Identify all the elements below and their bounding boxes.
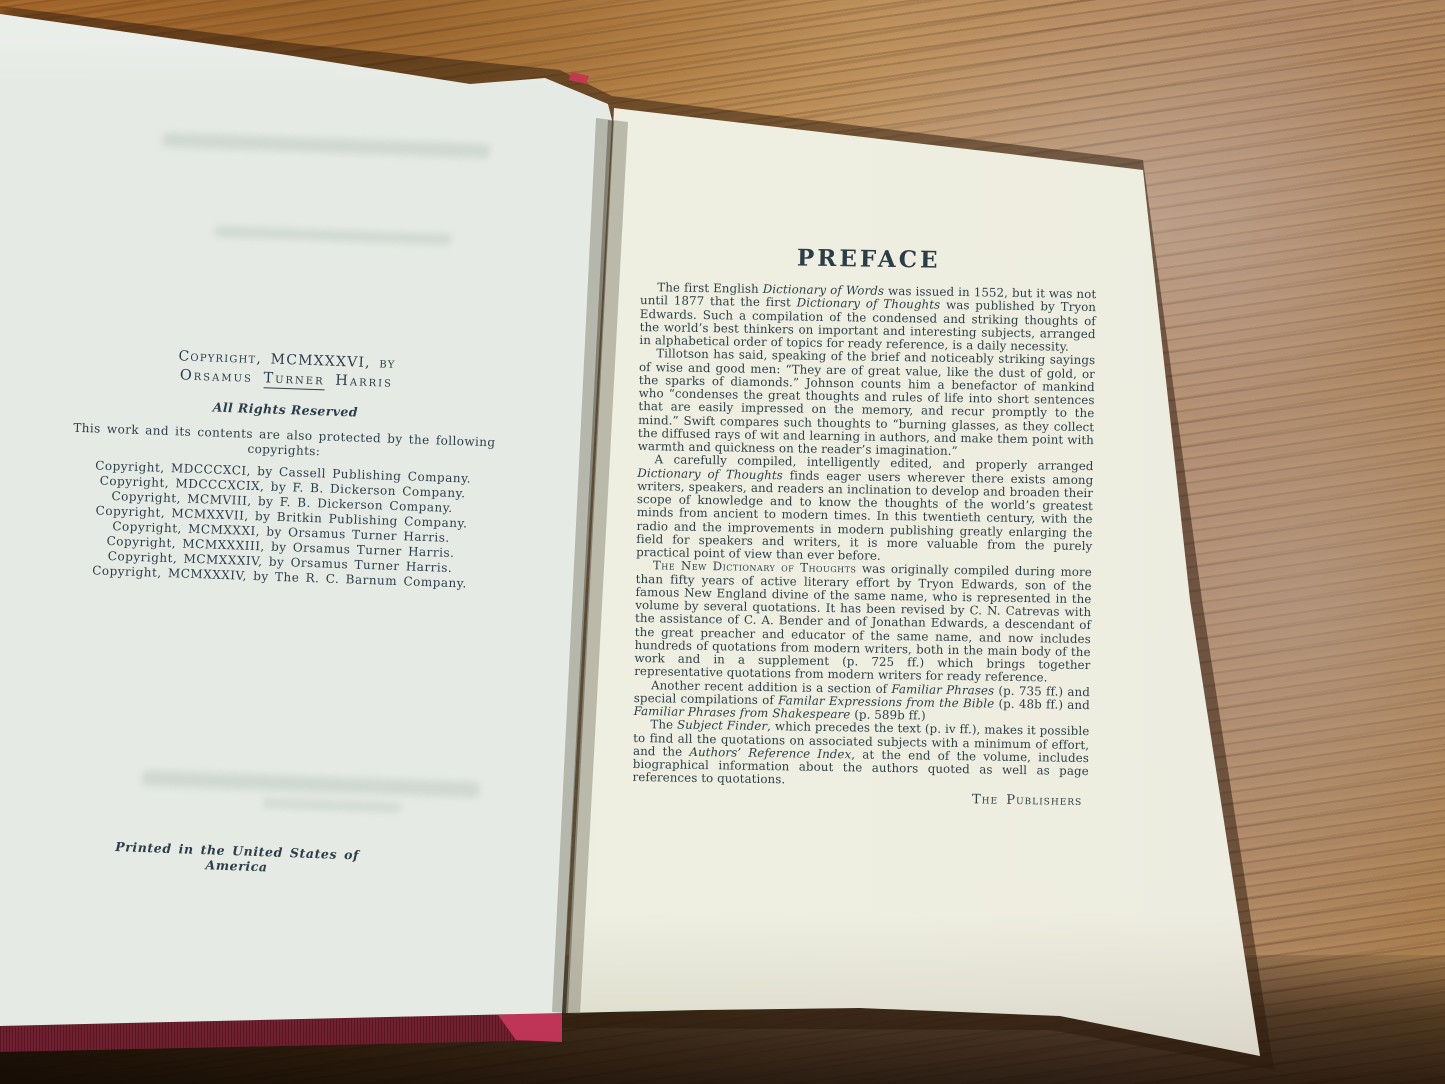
preface-block: PREFACE The first English Dictionary of … (632, 242, 1097, 809)
photo-scene: Copyright, MCMXXXVI, by Orsamus Turner H… (0, 0, 1445, 1084)
preface-paragraph: The Subject Finder, which precedes the t… (632, 718, 1089, 791)
preface-paragraph: Tillotson has said, speaking of the brie… (638, 347, 1096, 460)
preface-paragraph: The first English Dictionary of Words wa… (639, 281, 1096, 354)
preface-paragraph: The New Dictionary of Thoughts was origi… (634, 559, 1092, 685)
copyright-list: Copyright, MDCCCXCI, by Cassell Publishi… (47, 457, 516, 593)
owner-pre: Orsamus (180, 367, 264, 386)
owner-post: Harris (324, 372, 393, 390)
copyright-block: Copyright, MCMXXXVI, by Orsamus Turner H… (47, 344, 520, 593)
rights-reserved-line: All Rights Reserved (53, 394, 518, 425)
preface-title: PREFACE (641, 242, 1097, 276)
preface-paragraph: A carefully compiled, intelligently edit… (636, 453, 1094, 566)
owner-underlined: Turner (263, 370, 325, 390)
